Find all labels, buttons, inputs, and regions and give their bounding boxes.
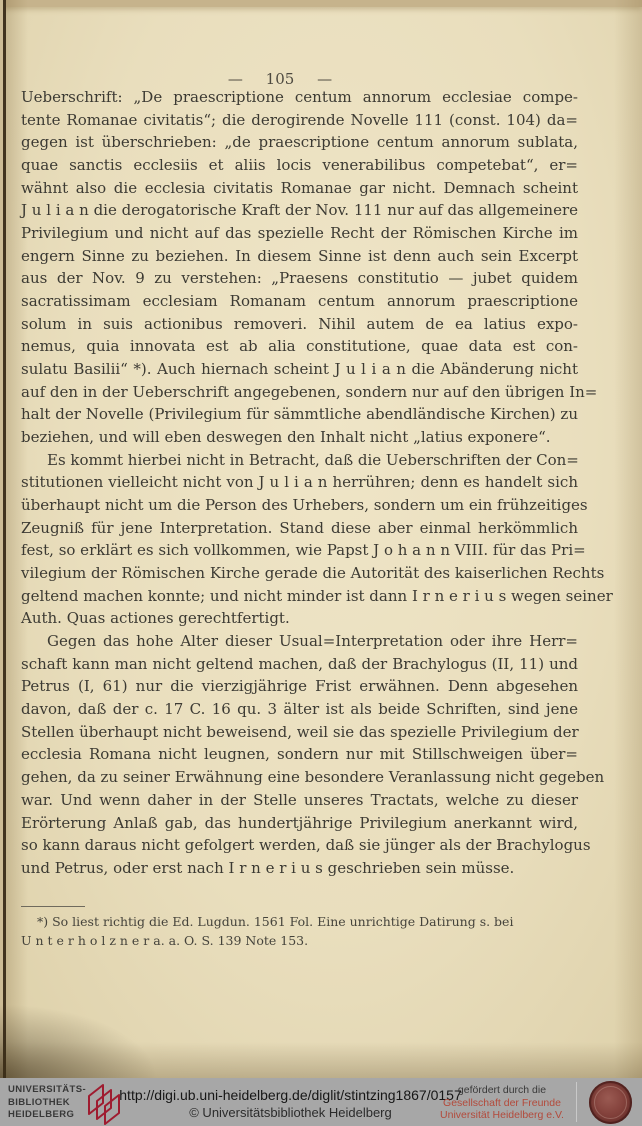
text-line: quae sanctis ecclesiis et aliis locis ve… [21,154,578,177]
text-line: Auth. Quas actiones gerechtfertigt. [21,607,578,630]
text-line: vilegium der Römischen Kirche gerade die… [21,562,578,585]
text-line: ecclesia Romana nicht leugnen, sondern n… [21,743,578,766]
text-line: sulatu Basilii“ *). Auch hiernach schein… [21,358,578,381]
text-line: halt der Novelle (Privilegium für sämmtl… [21,403,578,426]
library-name-line: BIBLIOTHEK [8,1097,86,1110]
text-line: Erörterung Anlaß gab, das hundertjährige… [21,812,578,835]
footnote-line: U n t e r h o l z n e r a. a. O. S. 139 … [21,932,578,951]
text-line: beziehen, und will eben deswegen den Inh… [21,426,578,449]
funding-credit-line: gefördert durch die [436,1084,568,1097]
page-text: Ueberschrift: „De praescriptione centum … [21,86,578,880]
right-edge-shadow [614,0,642,1078]
book-page-scan: — 105 — Ueberschrift: „De praescriptione… [0,0,642,1078]
page-top-edge [0,0,642,7]
funding-credit-line: Universität Heidelberg e.V. [436,1109,568,1122]
text-line: gegen ist überschrieben: „de praescripti… [21,131,578,154]
corner-shadow [0,998,170,1078]
library-name-line: HEIDELBERG [8,1109,86,1122]
text-line: schaft kann man nicht geltend machen, da… [21,653,578,676]
text-line: engern Sinne zu beziehen. In diesem Sinn… [21,245,578,268]
text-line: auf den in der Ueberschrift angegebenen,… [21,381,578,404]
text-line: sacratissimam ecclesiam Romanam centum a… [21,290,578,313]
text-line: aus der Nov. 9 zu verstehen: „Praesens c… [21,267,578,290]
text-line: Zeugniß für jene Interpretation. Stand d… [21,517,578,540]
text-line: war. Und wenn daher in der Stelle unsere… [21,789,578,812]
text-line: wähnt also die ecclesia civitatis Romana… [21,177,578,200]
text-line: Ueberschrift: „De praescriptione centum … [21,86,578,109]
university-seal-icon [589,1081,632,1124]
text-line: Stellen überhaupt nicht beweisend, weil … [21,721,578,744]
text-line: geltend machen konnte; und nicht minder … [21,585,578,608]
text-line: J u l i a n die derogatorische Kraft der… [21,199,578,222]
text-line: überhaupt nicht um die Person des Urhebe… [21,494,578,517]
funding-credit-line: Gesellschaft der Freunde [436,1097,568,1110]
text-line: tente Romanae civitatis“; die derogirend… [21,109,578,132]
text-line: gehen, da zu seiner Erwähnung eine beson… [21,766,578,789]
copyright-notice: © Universitätsbibliothek Heidelberg [118,1105,463,1120]
viewer-footer: UNIVERSITÄTS- BIBLIOTHEK HEIDELBERG http… [0,1078,642,1126]
page-url: http://digi.ub.uni-heidelberg.de/diglit/… [118,1087,463,1103]
text-line: so kann daraus nicht gefolgert werden, d… [21,834,578,857]
text-line: fest, so erklärt es sich vollkommen, wie… [21,539,578,562]
footnote: *) So liest richtig die Ed. Lugdun. 1561… [21,913,578,950]
footnote-rule [21,906,85,907]
library-name-line: UNIVERSITÄTS- [8,1084,86,1097]
text-line: Privilegium und nicht auf das spezielle … [21,222,578,245]
funding-credit: gefördert durch die Gesellschaft der Fre… [436,1084,568,1122]
footer-divider [576,1082,577,1122]
text-line: davon, daß der c. 17 C. 16 qu. 3 älter i… [21,698,578,721]
text-line: Petrus (I, 61) nur die vierzigjährige Fr… [21,675,578,698]
text-line: und Petrus, oder erst nach I r n e r i u… [21,857,578,880]
text-line: nemus, quia innovata est ab alia constit… [21,335,578,358]
text-line: Gegen das hohe Alter dieser Usual=Interp… [21,630,578,653]
text-line: Es kommt hierbei nicht in Betracht, daß … [21,449,578,472]
text-line: stitutionen vielleicht nicht von J u l i… [21,471,578,494]
library-name: UNIVERSITÄTS- BIBLIOTHEK HEIDELBERG [8,1084,86,1122]
footnote-line: *) So liest richtig die Ed. Lugdun. 1561… [21,913,578,932]
text-line: solum in suis actionibus removeri. Nihil… [21,313,578,336]
